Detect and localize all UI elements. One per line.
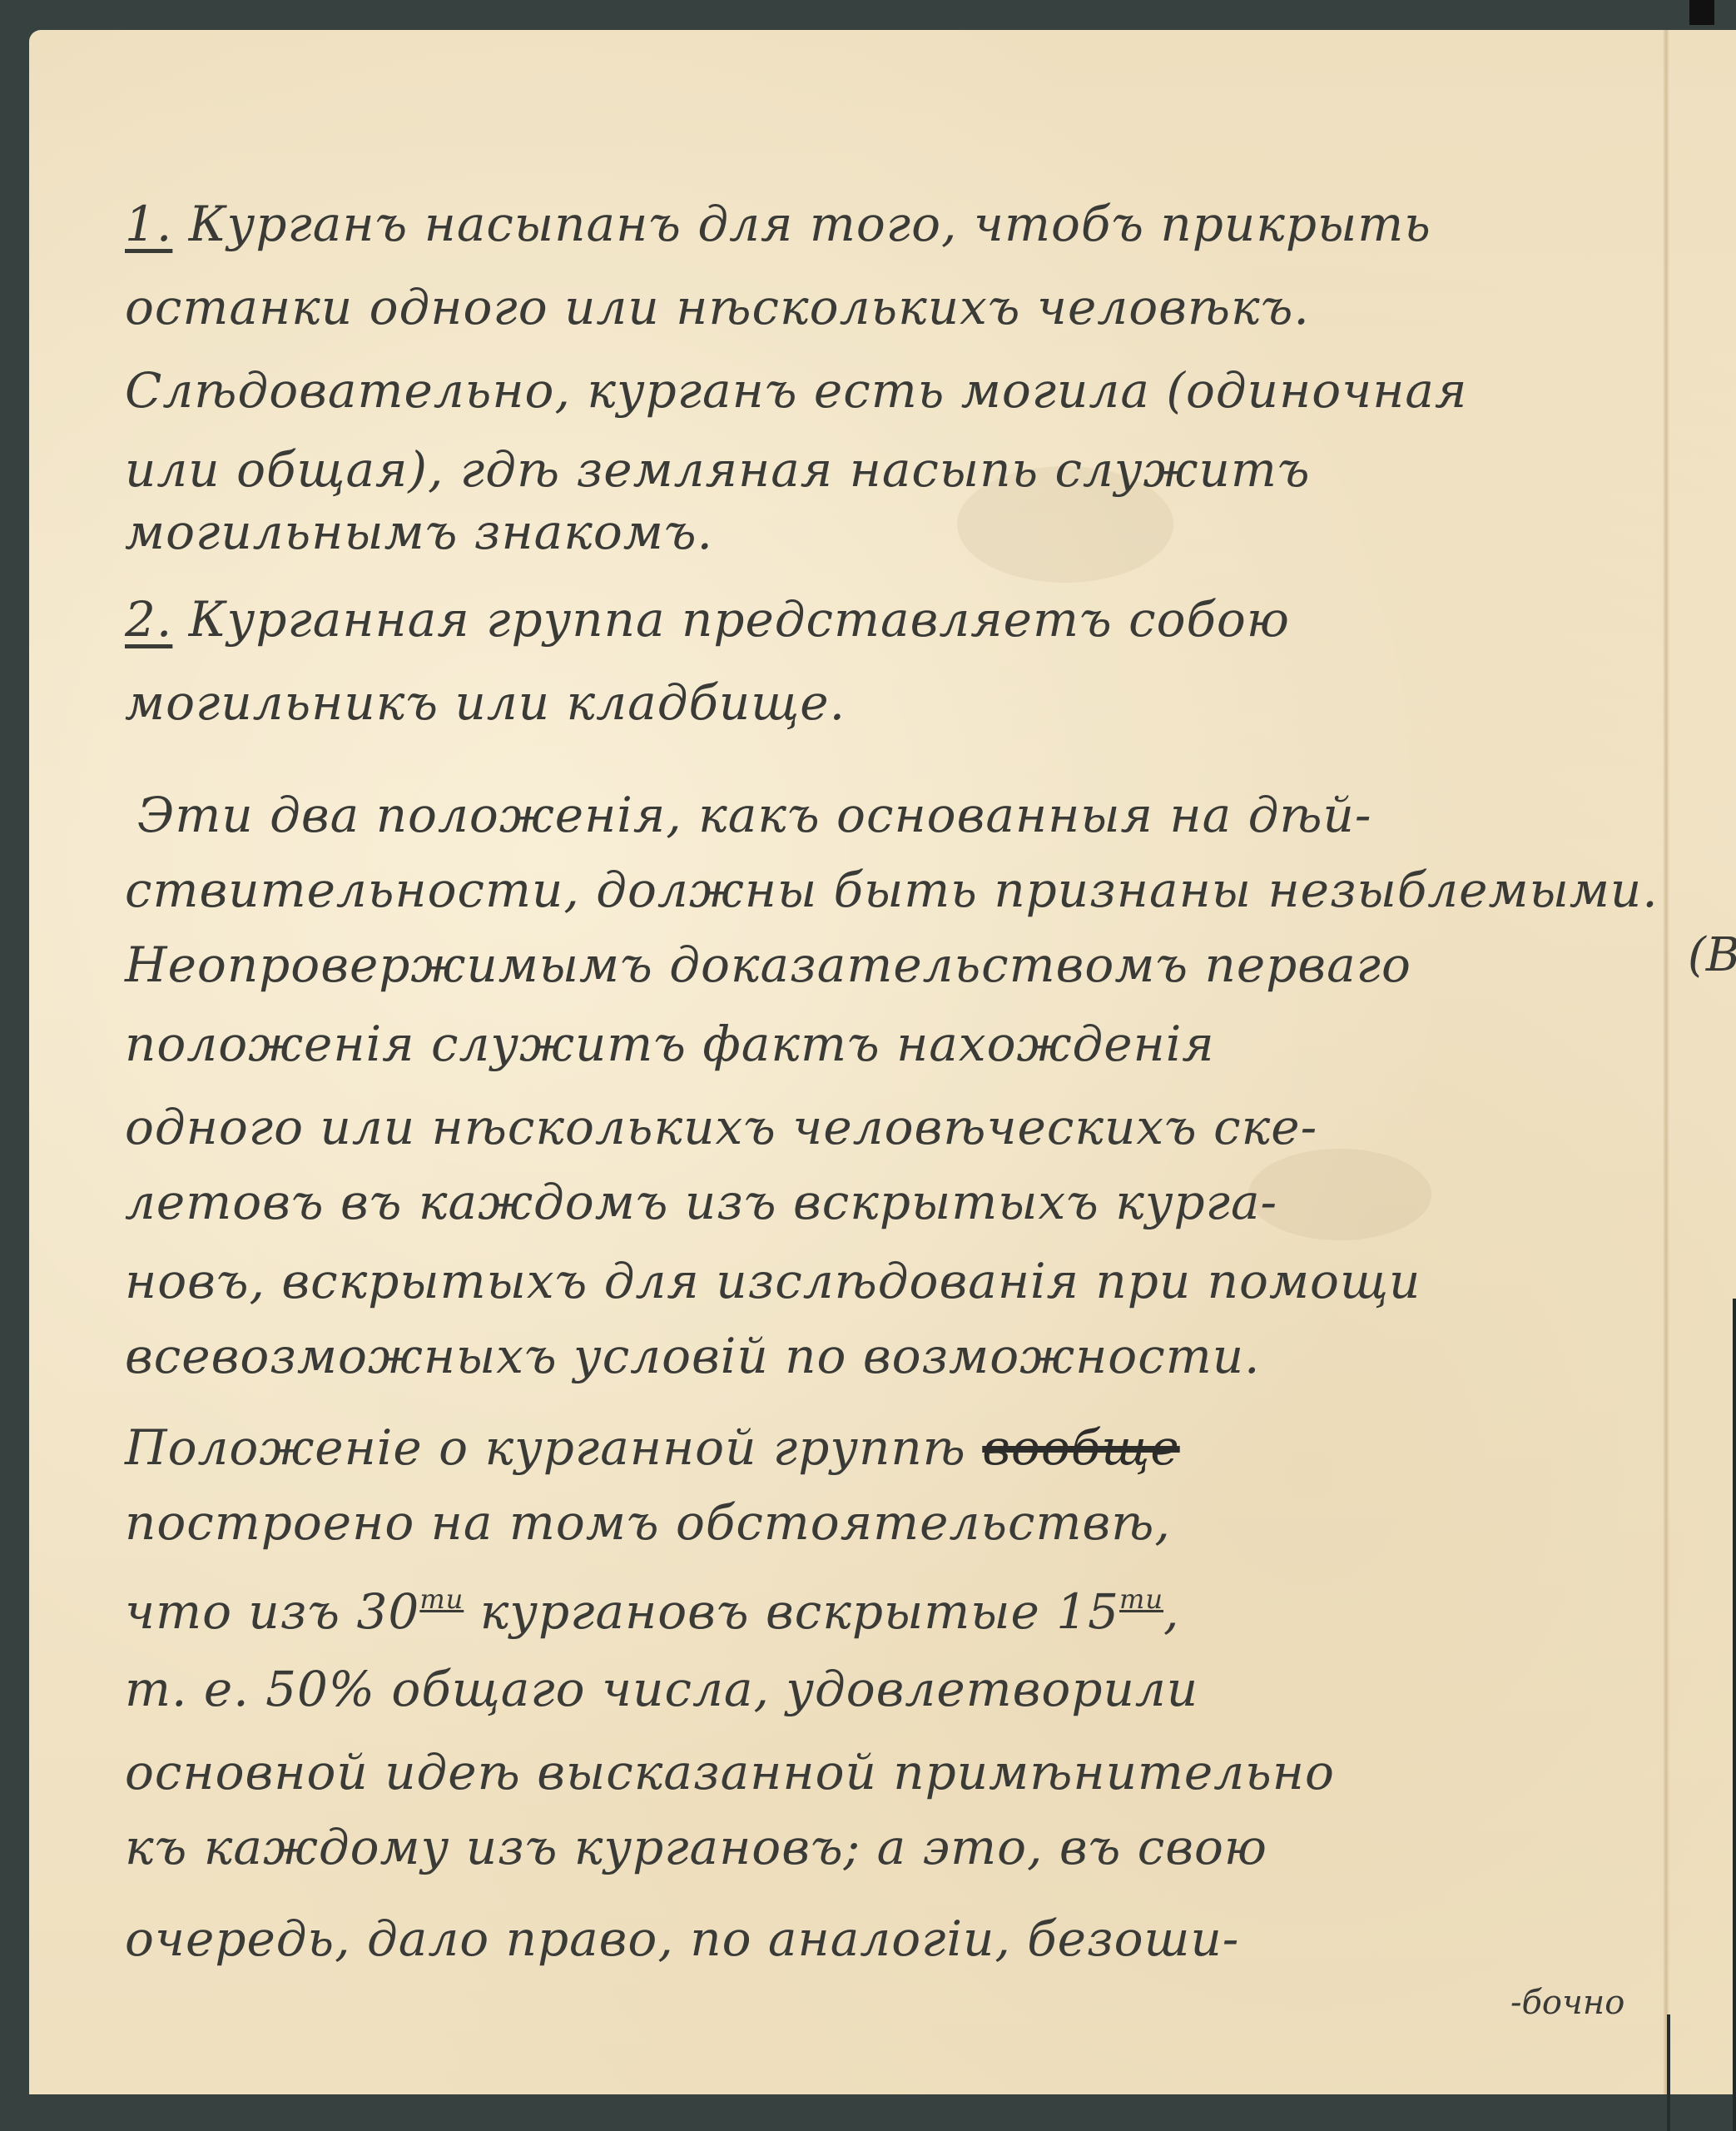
page-edge-shadow — [1667, 2014, 1670, 2131]
text-line-22: очередь, дало право, по аналогіи, безоши… — [125, 1915, 1239, 1963]
line-text: летовъ въ каждомъ изъ вскрытыхъ курга- — [125, 1174, 1277, 1230]
text-line-3: Слѣдовательно, курганъ есть могила (один… — [125, 366, 1467, 415]
line-text: ствительности, должны быть признаны незы… — [125, 862, 1659, 918]
line-text: очередь, дало право, по аналогіи, безоши… — [125, 1910, 1239, 1967]
superscript-ending: ти — [419, 1583, 464, 1615]
point-number: 2. — [125, 591, 172, 648]
line-text: или общая), гдѣ земляная насыпь служитъ — [125, 441, 1311, 498]
line-text: всевозможныхъ условій по возможности. — [125, 1328, 1261, 1384]
text-line-18: что изъ 30ти кургановъ вскрытые 15ти, — [125, 1586, 1179, 1636]
line-text: построено на томъ обстоятельствѣ, — [125, 1494, 1171, 1551]
text-line-15: всевозможныхъ условій по возможности. — [125, 1332, 1261, 1380]
point-number: 1. — [125, 196, 172, 252]
page-fold-crease — [1663, 30, 1669, 2094]
text-line-20: основной идеѣ высказанной примѣнительно — [125, 1748, 1335, 1796]
text-line-7: могильникъ или кладбище. — [125, 678, 846, 727]
text-line-10: Неопровержимымъ доказательствомъ перваго — [125, 941, 1411, 989]
line-text: одного или нѣсколькихъ человѣческихъ ске… — [125, 1099, 1317, 1155]
line-text: основной идеѣ высказанной примѣнительно — [125, 1744, 1335, 1801]
line-text: кургановъ вскрытые 15 — [464, 1583, 1119, 1640]
text-line-14: новъ, вскрытыхъ для изслѣдованія при пом… — [125, 1257, 1421, 1305]
text-line-13: летовъ въ каждомъ изъ вскрытыхъ курга- — [125, 1178, 1277, 1226]
binding-shadow — [1689, 0, 1714, 25]
line-text: останки одного или нѣсколькихъ человѣкъ. — [125, 279, 1310, 335]
line-text: положенія служитъ фактъ нахожденія — [125, 1016, 1215, 1072]
line-text: Слѣдовательно, курганъ есть могила (один… — [125, 362, 1467, 419]
text-line-21: къ каждому изъ кургановъ; а это, въ свою — [125, 1823, 1267, 1871]
line-text: могильнымъ знакомъ. — [125, 504, 713, 560]
text-line-9: ствительности, должны быть признаны незы… — [125, 866, 1659, 914]
text-line-11: положенія служитъ фактъ нахожденія — [125, 1020, 1215, 1068]
text-line-1: 1. Курганъ насыпанъ для того, чтобъ прик… — [125, 200, 1431, 248]
struck-out-word: вообще — [982, 1419, 1179, 1476]
margin-mark: (В — [1688, 928, 1736, 982]
text-line-4: или общая), гдѣ земляная насыпь служитъ — [125, 445, 1311, 494]
text-line-16: Положеніе о курганной группѣ вообще — [125, 1423, 1180, 1472]
line-text: т. е. 50% общаго числа, удовлетворили — [125, 1661, 1198, 1717]
right-edge-shadow — [1733, 1299, 1736, 2131]
line-text: могильникъ или кладбище. — [125, 674, 846, 731]
line-text: Положеніе о курганной группѣ — [125, 1419, 966, 1476]
text-line-5: могильнымъ знакомъ. — [125, 508, 713, 556]
superscript-ending: ти — [1119, 1583, 1163, 1615]
text-line-17: построено на томъ обстоятельствѣ, — [125, 1498, 1171, 1547]
line-text: что изъ 30 — [125, 1583, 419, 1640]
text-line-8: Эти два положенія, какъ основанныя на дѣ… — [137, 791, 1372, 839]
line-text: Курганъ насыпанъ для того, чтобъ прикрыт… — [189, 196, 1431, 252]
text-line-2: останки одного или нѣсколькихъ человѣкъ. — [125, 283, 1310, 331]
line-text: Эти два положенія, какъ основанныя на дѣ… — [137, 787, 1372, 843]
line-text: къ каждому изъ кургановъ; а это, въ свою — [125, 1819, 1267, 1875]
catchword: -бочно — [1510, 1984, 1624, 2022]
line-text: новъ, вскрытыхъ для изслѣдованія при пом… — [125, 1253, 1421, 1309]
line-text: , — [1163, 1583, 1179, 1640]
line-text: Курганная группа представляетъ собою — [189, 591, 1290, 648]
text-line-6: 2. Курганная группа представляетъ собою — [125, 595, 1290, 643]
text-line-12: одного или нѣсколькихъ человѣческихъ ске… — [125, 1103, 1317, 1151]
line-text: Неопровержимымъ доказательствомъ перваго — [125, 936, 1411, 993]
text-line-19: т. е. 50% общаго числа, удовлетворили — [125, 1665, 1198, 1713]
